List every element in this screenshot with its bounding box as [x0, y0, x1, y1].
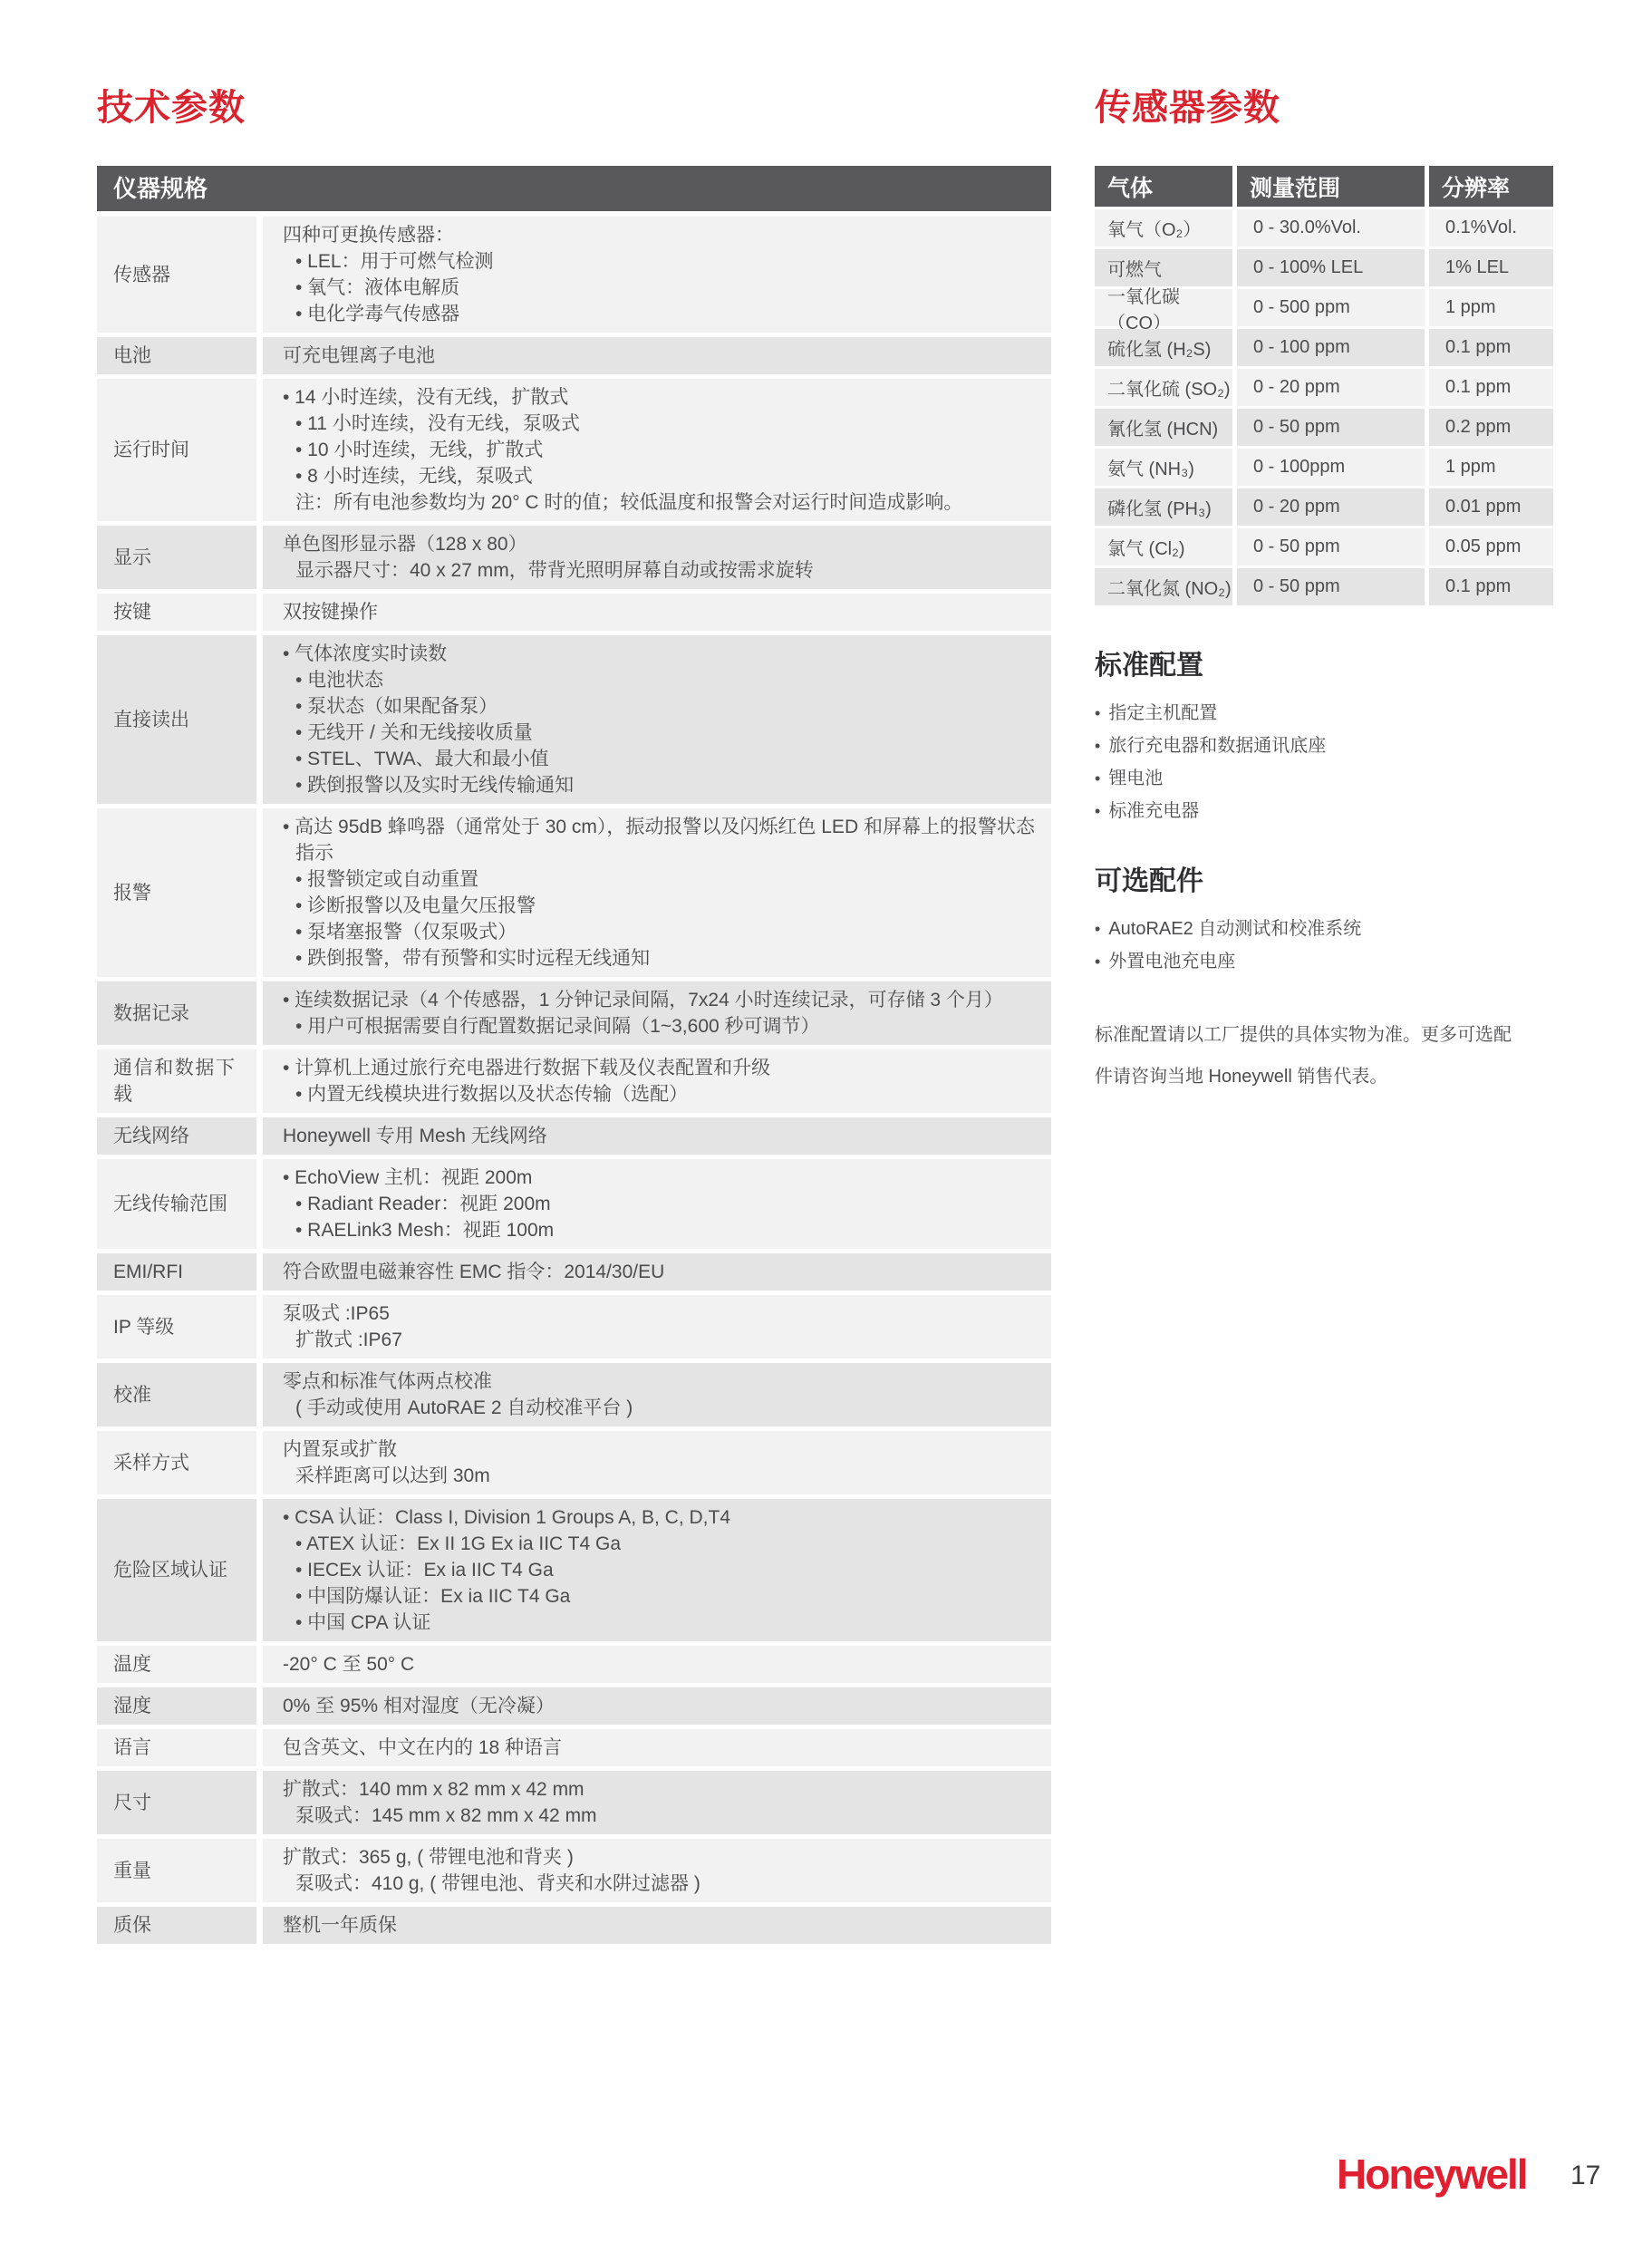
bullet-icon: •: [1095, 913, 1100, 945]
sensor-cell-range: 0 - 50 ppm: [1237, 409, 1425, 446]
column-divider: [256, 1049, 263, 1113]
sensor-header-cell: 气体: [1095, 166, 1232, 207]
spec-row-label: 湿度: [97, 1687, 256, 1725]
sensor-cell-range: 0 - 100 ppm: [1237, 329, 1425, 366]
sensor-rows: 氧气（O₂）0 - 30.0%Vol.0.1%Vol.可燃气0 - 100% L…: [1095, 209, 1553, 605]
spec-row: 质保整机一年质保: [97, 1907, 1051, 1944]
honeywell-logo: Honeywell: [1337, 2150, 1527, 2199]
spec-row-content: • EchoView 主机：视距 200m • Radiant Reader：视…: [263, 1159, 1051, 1249]
spec-row: 无线网络Honeywell 专用 Mesh 无线网络: [97, 1117, 1051, 1155]
spec-row: 直接读出• 气体浓度实时读数 • 电池状态 • 泵状态（如果配备泵） • 无线开…: [97, 635, 1051, 804]
list-item: •标准充电器: [1095, 795, 1556, 827]
spec-row-content: 可充电锂离子电池: [263, 337, 1051, 374]
spec-row-label: 电池: [97, 337, 256, 374]
sensor-cell-range: 0 - 20 ppm: [1237, 488, 1425, 526]
sensor-cell-gas: 氧气（O₂）: [1095, 209, 1232, 247]
spec-row-label: 通信和数据下载: [97, 1049, 256, 1113]
spec-row-content: 0% 至 95% 相对湿度（无冷凝）: [263, 1687, 1051, 1725]
spec-row: 温度-20° C 至 50° C: [97, 1646, 1051, 1683]
spec-row: 采样方式内置泵或扩散 采样距离可以达到 30m: [97, 1431, 1051, 1494]
spec-row-label: 采样方式: [97, 1431, 256, 1494]
sensor-cell-resolution: 0.2 ppm: [1429, 409, 1553, 446]
column-divider: [256, 1431, 263, 1494]
sensor-header-cell: 分辨率: [1429, 166, 1553, 207]
column-divider: [256, 337, 263, 374]
bullet-icon: •: [1095, 945, 1100, 978]
column-divider: [256, 379, 263, 521]
spec-row-label: EMI/RFI: [97, 1253, 256, 1291]
spec-row-label: 无线网络: [97, 1117, 256, 1155]
page-number: 17: [1570, 2161, 1600, 2191]
spec-row: 电池可充电锂离子电池: [97, 337, 1051, 374]
spec-row-content: 整机一年质保: [263, 1907, 1051, 1944]
spec-row-content: • 计算机上通过旅行充电器进行数据下载及仪表配置和升级 • 内置无线模块进行数据…: [263, 1049, 1051, 1113]
list-item: •旅行充电器和数据通讯底座: [1095, 730, 1556, 762]
sensor-section-title: 传感器参数: [1095, 87, 1556, 129]
spec-row: 校准零点和标准气体两点校准 ( 手动或使用 AutoRAE 2 自动校准平台 ): [97, 1363, 1051, 1426]
spec-row-content: 零点和标准气体两点校准 ( 手动或使用 AutoRAE 2 自动校准平台 ): [263, 1363, 1051, 1426]
spec-row-content: Honeywell 专用 Mesh 无线网络: [263, 1117, 1051, 1155]
spec-table-header: 仪器规格: [97, 166, 1051, 211]
spec-row: 数据记录• 连续数据记录（4 个传感器，1 分钟记录间隔，7x24 小时连续记录…: [97, 981, 1051, 1045]
spec-row-label: 显示: [97, 526, 256, 589]
sensor-cell-gas: 二氧化硫 (SO₂): [1095, 369, 1232, 406]
spec-row-content: • 气体浓度实时读数 • 电池状态 • 泵状态（如果配备泵） • 无线开 / 关…: [263, 635, 1051, 804]
column-divider: [256, 1839, 263, 1902]
spec-row: 语言包含英文、中文在内的 18 种语言: [97, 1729, 1051, 1766]
spec-row-content: • 高达 95dB 蜂鸣器（通常处于 30 cm），振动报警以及闪烁红色 LED…: [263, 808, 1051, 977]
column-divider: [256, 1687, 263, 1725]
column-divider: [256, 635, 263, 804]
column-divider: [256, 1729, 263, 1766]
footnote: 标准配置请以工厂提供的具体实物为准。更多可选配件请咨询当地 Honeywell …: [1095, 1014, 1521, 1097]
tech-specs-section: 技术参数 仪器规格 传感器四种可更换传感器： • LEL：用于可燃气检测 • 氧…: [97, 87, 1051, 1948]
bullet-icon: •: [1095, 697, 1100, 730]
spec-row: 尺寸扩散式：140 mm x 82 mm x 42 mm 泵吸式：145 mm …: [97, 1771, 1051, 1834]
column-divider: [256, 981, 263, 1045]
sensor-cell-resolution: 0.1 ppm: [1429, 329, 1553, 366]
spec-row: 传感器四种可更换传感器： • LEL：用于可燃气检测 • 氧气：液体电解质 • …: [97, 217, 1051, 333]
sensor-row: 磷化氢 (PH₃)0 - 20 ppm0.01 ppm: [1095, 488, 1553, 526]
spec-row-label: 尺寸: [97, 1771, 256, 1834]
sensor-cell-gas: 硫化氢 (H₂S): [1095, 329, 1232, 366]
sensor-cell-resolution: 0.1 ppm: [1429, 369, 1553, 406]
sensor-row: 二氧化硫 (SO₂)0 - 20 ppm0.1 ppm: [1095, 369, 1553, 406]
spec-row-label: 传感器: [97, 217, 256, 333]
list-item: •AutoRAE2 自动测试和校准系统: [1095, 913, 1556, 945]
spec-row-label: 危险区域认证: [97, 1499, 256, 1641]
sensor-cell-gas: 磷化氢 (PH₃): [1095, 488, 1232, 526]
column-divider: [256, 1159, 263, 1249]
sensor-cell-gas: 氯气 (Cl₂): [1095, 528, 1232, 566]
sensor-cell-range: 0 - 100ppm: [1237, 449, 1425, 486]
list-item: •锂电池: [1095, 762, 1556, 795]
sensor-cell-resolution: 0.1 ppm: [1429, 568, 1553, 605]
spec-row-content: 内置泵或扩散 采样距离可以达到 30m: [263, 1431, 1051, 1494]
column-divider: [256, 594, 263, 631]
spec-row-label: 数据记录: [97, 981, 256, 1045]
sensor-cell-resolution: 0.01 ppm: [1429, 488, 1553, 526]
column-divider: [256, 1253, 263, 1291]
optional-accessories-list: •AutoRAE2 自动测试和校准系统•外置电池充电座: [1095, 913, 1556, 978]
column-divider: [256, 1117, 263, 1155]
spec-row-content: 双按键操作: [263, 594, 1051, 631]
spec-row: IP 等级泵吸式 :IP65 扩散式 :IP67: [97, 1295, 1051, 1358]
spec-row-label: 温度: [97, 1646, 256, 1683]
bullet-icon: •: [1095, 762, 1100, 795]
sensor-header-cell: 测量范围: [1237, 166, 1425, 207]
sensor-row: 一氧化碳（CO）0 - 500 ppm1 ppm: [1095, 289, 1553, 326]
sensor-cell-resolution: 1% LEL: [1429, 249, 1553, 286]
sensor-row: 二氧化氮 (NO₂)0 - 50 ppm0.1 ppm: [1095, 568, 1553, 605]
sensor-cell-range: 0 - 30.0%Vol.: [1237, 209, 1425, 247]
sensor-cell-resolution: 1 ppm: [1429, 449, 1553, 486]
sensor-cell-gas: 氨气 (NH₃): [1095, 449, 1232, 486]
column-divider: [256, 1363, 263, 1426]
spec-row-content: • 连续数据记录（4 个传感器，1 分钟记录间隔，7x24 小时连续记录，可存储…: [263, 981, 1051, 1045]
page-title: 技术参数: [97, 87, 1051, 129]
sensor-cell-gas: 一氧化碳（CO）: [1095, 289, 1232, 326]
spec-row-label: 报警: [97, 808, 256, 977]
list-item: •指定主机配置: [1095, 697, 1556, 730]
sensor-row: 氰化氢 (HCN)0 - 50 ppm0.2 ppm: [1095, 409, 1553, 446]
sensor-specs-section: 传感器参数 气体测量范围分辨率 氧气（O₂）0 - 30.0%Vol.0.1%V…: [1095, 87, 1556, 1097]
sensor-row: 硫化氢 (H₂S)0 - 100 ppm0.1 ppm: [1095, 329, 1553, 366]
standard-config-list: •指定主机配置•旅行充电器和数据通讯底座•锂电池•标准充电器: [1095, 697, 1556, 827]
sensor-cell-resolution: 0.1%Vol.: [1429, 209, 1553, 247]
spec-row: 按键双按键操作: [97, 594, 1051, 631]
spec-row: 运行时间• 14 小时连续，没有无线，扩散式 • 11 小时连续，没有无线，泵吸…: [97, 379, 1051, 521]
sensor-cell-gas: 二氧化氮 (NO₂): [1095, 568, 1232, 605]
sensor-cell-range: 0 - 50 ppm: [1237, 568, 1425, 605]
spec-row-content: 扩散式：140 mm x 82 mm x 42 mm 泵吸式：145 mm x …: [263, 1771, 1051, 1834]
sensor-cell-range: 0 - 50 ppm: [1237, 528, 1425, 566]
spec-row: EMI/RFI符合欧盟电磁兼容性 EMC 指令：2014/30/EU: [97, 1253, 1051, 1291]
datasheet-page: 技术参数 仪器规格 传感器四种可更换传感器： • LEL：用于可燃气检测 • 氧…: [0, 0, 1652, 2243]
spec-row-content: -20° C 至 50° C: [263, 1646, 1051, 1683]
spec-row-label: 语言: [97, 1729, 256, 1766]
sensor-cell-range: 0 - 100% LEL: [1237, 249, 1425, 286]
spec-row-label: 校准: [97, 1363, 256, 1426]
bullet-icon: •: [1095, 730, 1100, 762]
spec-row-content: 扩散式：365 g, ( 带锂电池和背夹 ) 泵吸式：410 g, ( 带锂电池…: [263, 1839, 1051, 1902]
sensor-table-head: 气体测量范围分辨率: [1095, 166, 1553, 207]
column-divider: [256, 1771, 263, 1834]
column-divider: [256, 808, 263, 977]
column-divider: [256, 1499, 263, 1641]
sensor-cell-resolution: 0.05 ppm: [1429, 528, 1553, 566]
optional-accessories-heading: 可选配件: [1095, 865, 1556, 898]
spec-row-content: 四种可更换传感器： • LEL：用于可燃气检测 • 氧气：液体电解质 • 电化学…: [263, 217, 1051, 333]
column-divider: [256, 217, 263, 333]
spec-row: 通信和数据下载• 计算机上通过旅行充电器进行数据下载及仪表配置和升级 • 内置无…: [97, 1049, 1051, 1113]
spec-row-label: IP 等级: [97, 1295, 256, 1358]
sensor-cell-range: 0 - 20 ppm: [1237, 369, 1425, 406]
spec-row-content: 符合欧盟电磁兼容性 EMC 指令：2014/30/EU: [263, 1253, 1051, 1291]
spec-row-label: 重量: [97, 1839, 256, 1902]
spec-row-content: 泵吸式 :IP65 扩散式 :IP67: [263, 1295, 1051, 1358]
spec-row-label: 运行时间: [97, 379, 256, 521]
spec-rows: 传感器四种可更换传感器： • LEL：用于可燃气检测 • 氧气：液体电解质 • …: [97, 217, 1051, 1944]
spec-row-content: 单色图形显示器（128 x 80） 显示器尺寸：40 x 27 mm，带背光照明…: [263, 526, 1051, 589]
column-divider: [256, 1295, 263, 1358]
sensor-row: 氯气 (Cl₂)0 - 50 ppm0.05 ppm: [1095, 528, 1553, 566]
spec-row-content: 包含英文、中文在内的 18 种语言: [263, 1729, 1051, 1766]
spec-row-label: 无线传输范围: [97, 1159, 256, 1249]
sensor-cell-resolution: 1 ppm: [1429, 289, 1553, 326]
spec-row-label: 直接读出: [97, 635, 256, 804]
sensor-row: 氨气 (NH₃)0 - 100ppm1 ppm: [1095, 449, 1553, 486]
sensor-spec-table: 气体测量范围分辨率 氧气（O₂）0 - 30.0%Vol.0.1%Vol.可燃气…: [1095, 166, 1553, 605]
spec-row: 无线传输范围• EchoView 主机：视距 200m • Radiant Re…: [97, 1159, 1051, 1249]
sensor-cell-gas: 氰化氢 (HCN): [1095, 409, 1232, 446]
column-divider: [256, 1907, 263, 1944]
spec-row-content: • 14 小时连续，没有无线，扩散式 • 11 小时连续，没有无线，泵吸式 • …: [263, 379, 1051, 521]
bullet-icon: •: [1095, 795, 1100, 827]
spec-row: 显示单色图形显示器（128 x 80） 显示器尺寸：40 x 27 mm，带背光…: [97, 526, 1051, 589]
column-divider: [256, 1646, 263, 1683]
spec-row: 重量扩散式：365 g, ( 带锂电池和背夹 ) 泵吸式：410 g, ( 带锂…: [97, 1839, 1051, 1902]
list-item: •外置电池充电座: [1095, 945, 1556, 978]
spec-row-content: • CSA 认证：Class I, Division 1 Groups A, B…: [263, 1499, 1051, 1641]
standard-config-heading: 标准配置: [1095, 650, 1556, 682]
spec-row-label: 质保: [97, 1907, 256, 1944]
sensor-cell-range: 0 - 500 ppm: [1237, 289, 1425, 326]
spec-row: 报警• 高达 95dB 蜂鸣器（通常处于 30 cm），振动报警以及闪烁红色 L…: [97, 808, 1051, 977]
sensor-row: 氧气（O₂）0 - 30.0%Vol.0.1%Vol.: [1095, 209, 1553, 247]
instrument-spec-table: 仪器规格 传感器四种可更换传感器： • LEL：用于可燃气检测 • 氧气：液体电…: [97, 166, 1051, 1944]
column-divider: [256, 526, 263, 589]
spec-row-label: 按键: [97, 594, 256, 631]
spec-row: 危险区域认证• CSA 认证：Class I, Division 1 Group…: [97, 1499, 1051, 1641]
spec-row: 湿度0% 至 95% 相对湿度（无冷凝）: [97, 1687, 1051, 1725]
